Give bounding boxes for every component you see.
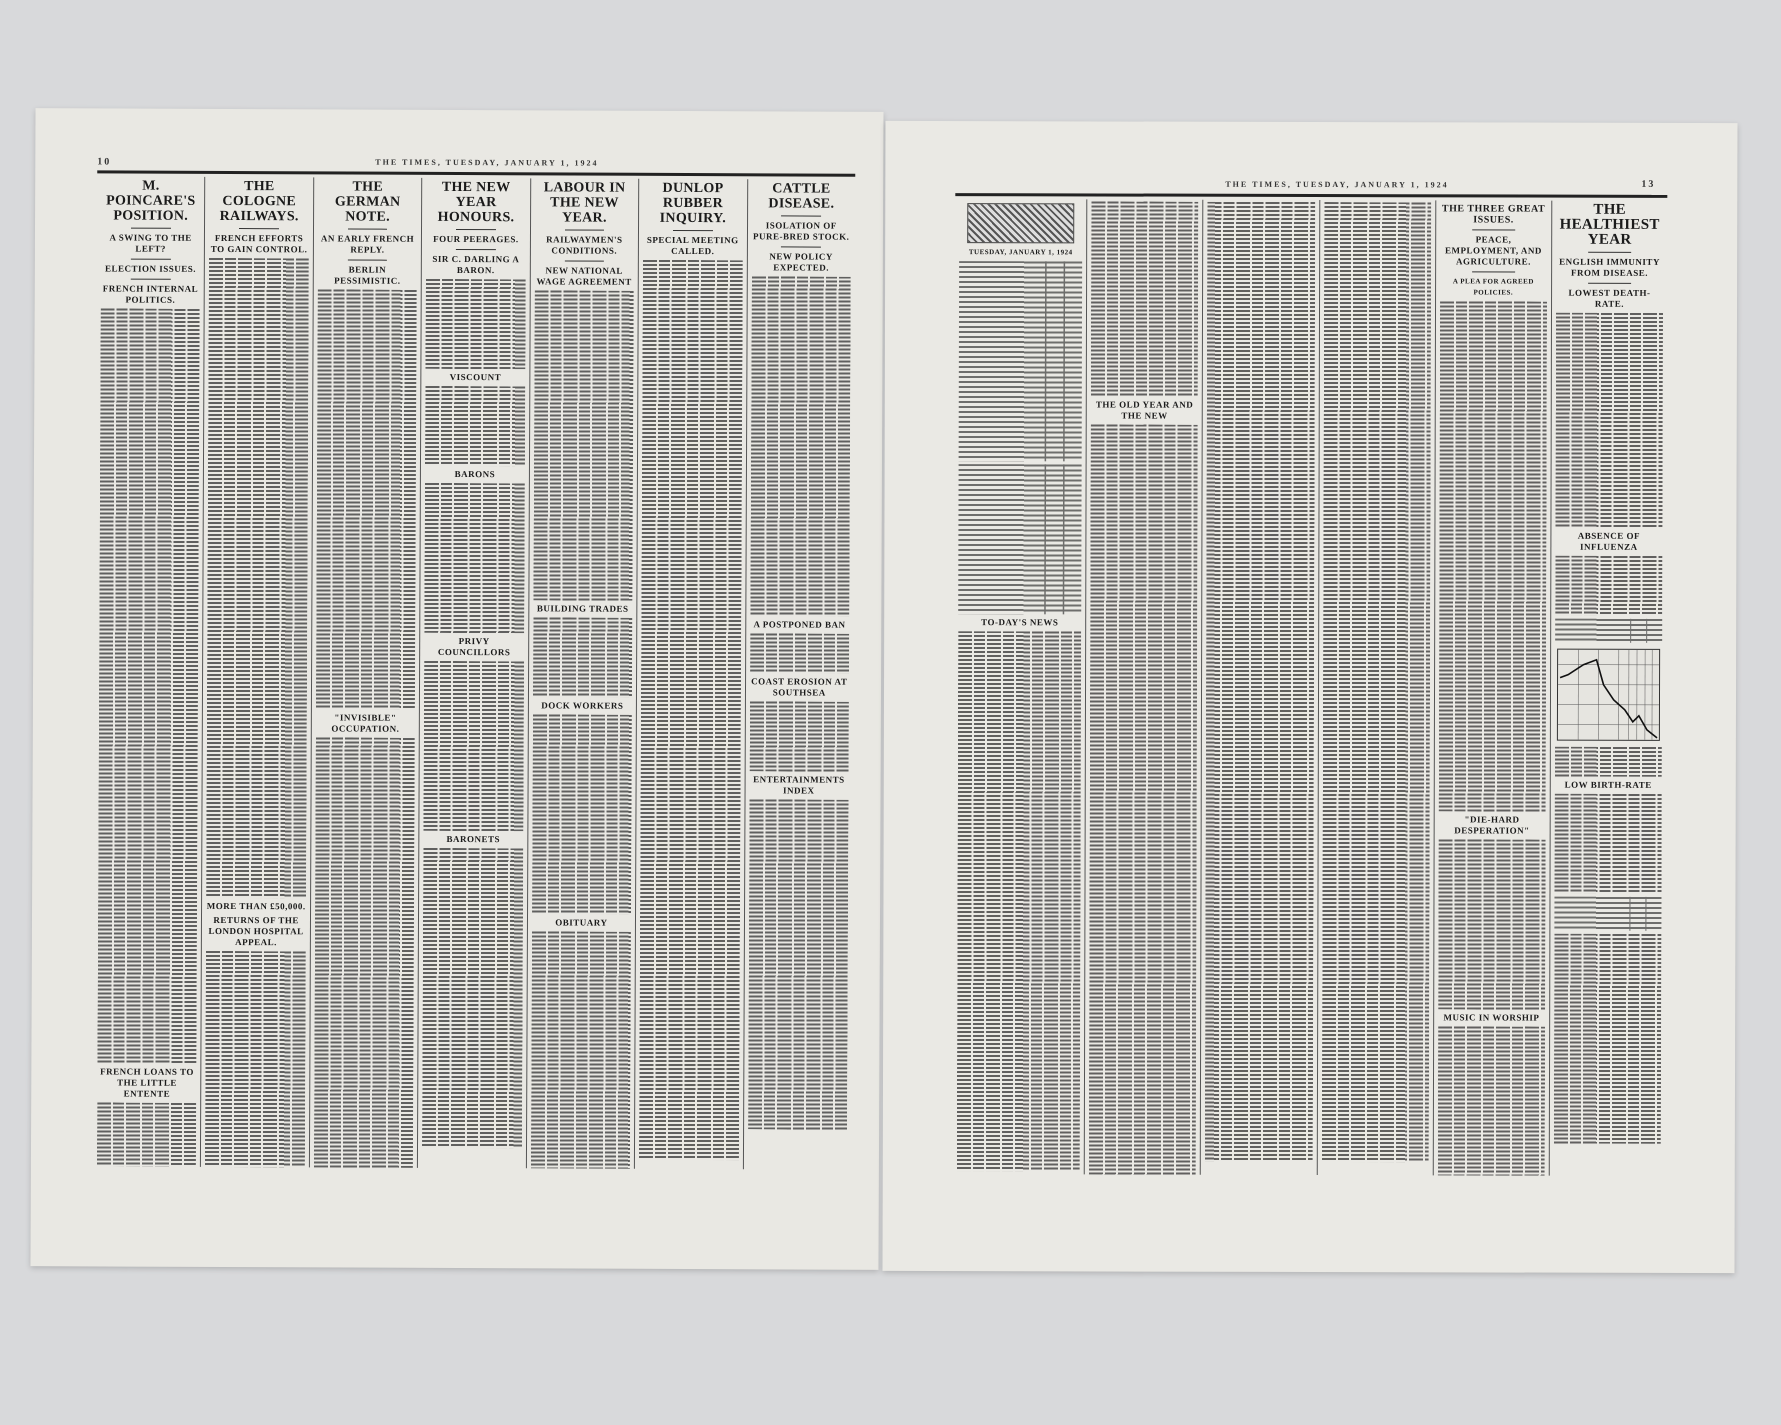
headline: M. POINCARE'S POSITION. <box>101 178 201 223</box>
subhead: NEW NATIONAL WAGE AGREEMENT <box>534 265 634 287</box>
right-columns: TUESDAY, JANUARY 1, 1924 TO-DAY'S NEWS T… <box>953 199 1668 1176</box>
body-text <box>1438 839 1546 1009</box>
body-text <box>533 617 633 697</box>
subhead: FRENCH EFFORTS TO GAIN CONTROL. <box>209 233 309 255</box>
body-text <box>1554 934 1662 1144</box>
subhead: FRENCH INTERNAL POLITICS. <box>101 283 201 305</box>
subhead: PEACE, EMPLOYMENT, AND AGRICULTURE. <box>1440 234 1547 267</box>
subhead: ENGLISH IMMUNITY FROM DISEASE. <box>1556 257 1663 279</box>
headline: THE COLOGNE RAILWAYS. <box>209 179 309 224</box>
subhead: PRIVY COUNCILLORS <box>424 636 524 658</box>
article-new-year-honours: THE NEW YEAR HONOURS. FOUR PEERAGES. SIR… <box>418 178 531 1168</box>
article-healthiest-year: THE HEALTHIEST YEAR ENGLISH IMMUNITY FRO… <box>1550 201 1668 1176</box>
body-text <box>1555 556 1662 616</box>
body-text <box>1555 313 1663 528</box>
body-text <box>426 279 526 369</box>
contents-table <box>958 464 1082 614</box>
data-table <box>1554 897 1661 931</box>
body-text <box>1437 1026 1545 1175</box>
right-newspaper-page: THE TIMES, TUESDAY, JANUARY 1, 1924 13 T… <box>882 121 1737 1273</box>
leader-column-1: THE OLD YEAR AND THE NEW <box>1085 199 1204 1174</box>
top-rule <box>97 170 855 176</box>
body-text <box>1321 202 1431 1162</box>
headline: CATTLE DISEASE. <box>752 181 852 211</box>
top-rule <box>955 193 1667 198</box>
date-line: TUESDAY, JANUARY 1, 1924 <box>959 247 1082 258</box>
body-text <box>424 661 524 831</box>
body-text <box>748 799 849 1129</box>
subhead: "INVISIBLE" OCCUPATION. <box>316 712 416 734</box>
masthead-logo <box>967 203 1074 243</box>
leader-column-3 <box>1317 200 1436 1175</box>
subhead: ELECTION ISSUES. <box>101 263 200 274</box>
subhead: VISCOUNT <box>426 372 525 383</box>
subhead: MUSIC IN WORSHIP <box>1438 1012 1545 1023</box>
todays-news-heading: TO-DAY'S NEWS <box>958 617 1081 628</box>
headline: THE THREE GREAT ISSUES. <box>1440 203 1547 225</box>
subhead: A POSTPONED BAN <box>750 619 849 630</box>
left-newspaper-page: 10 THE TIMES, TUESDAY, JANUARY 1, 1924 M… <box>30 108 883 1270</box>
body-text <box>750 633 850 673</box>
body-text <box>1554 794 1661 894</box>
body-text <box>425 483 525 633</box>
subhead: COAST EROSION AT SOUTHSEA <box>749 676 849 698</box>
body-text <box>1555 747 1662 777</box>
article-german-note: THE GERMAN NOTE. AN EARLY FRENCH REPLY. … <box>310 177 423 1167</box>
article-cologne-railways: THE COLOGNE RAILWAYS. FRENCH EFFORTS TO … <box>201 177 314 1167</box>
body-text <box>532 714 632 914</box>
subhead: SIR C. DARLING A BARON. <box>426 254 526 276</box>
masthead: THE TIMES, TUESDAY, JANUARY 1, 1924 <box>1225 180 1448 190</box>
subhead: THE OLD YEAR AND THE NEW <box>1091 399 1198 421</box>
body-text <box>205 951 305 1167</box>
subhead: ISOLATION OF PURE-BRED STOCK. <box>751 220 851 242</box>
subhead: FOUR PEERAGES. <box>426 234 525 245</box>
body-text <box>97 308 200 1063</box>
subhead: BUILDING TRADES <box>533 603 632 614</box>
page-number: 10 <box>97 156 111 167</box>
headline: THE NEW YEAR HONOURS. <box>426 180 526 225</box>
body-text <box>749 701 849 771</box>
article-dunlop-rubber: DUNLOP RUBBER INQUIRY. SPECIAL MEETING C… <box>635 179 748 1169</box>
index-column: TUESDAY, JANUARY 1, 1924 TO-DAY'S NEWS <box>953 199 1088 1174</box>
subhead: ABSENCE OF INFLUENZA <box>1555 531 1662 553</box>
subhead: NEW POLICY EXPECTED. <box>751 251 851 273</box>
subhead: "DIE-HARD DESPERATION" <box>1438 814 1545 836</box>
leader-column-2 <box>1201 200 1320 1175</box>
body-text <box>422 848 523 1148</box>
headline: LABOUR IN THE NEW YEAR. <box>535 180 635 225</box>
headline: DUNLOP RUBBER INQUIRY. <box>643 181 743 226</box>
subhead: RAILWAYMEN'S CONDITIONS. <box>535 234 635 256</box>
article-poincare: M. POINCARE'S POSITION. A SWING TO THE L… <box>93 176 206 1166</box>
article-cattle-disease: CATTLE DISEASE. ISOLATION OF PURE-BRED S… <box>743 179 855 1169</box>
subhead: LOW BIRTH-RATE <box>1555 780 1662 791</box>
body-text <box>97 1102 197 1166</box>
body-text <box>1089 424 1198 1174</box>
article-three-great-issues: THE THREE GREAT ISSUES. PEACE, EMPLOYMEN… <box>1433 200 1552 1175</box>
subhead: OBITUARY <box>532 917 631 928</box>
body-text <box>1205 202 1315 1162</box>
subhead: A PLEA FOR AGREED POLICIES. <box>1440 276 1547 298</box>
subhead: MORE THAN £50,000. <box>206 901 305 912</box>
body-text <box>1091 201 1199 396</box>
subhead: LOWEST DEATH-RATE. <box>1556 288 1663 310</box>
body-text <box>1438 301 1546 811</box>
body-text <box>750 276 851 616</box>
masthead: THE TIMES, TUESDAY, JANUARY 1, 1924 <box>375 158 598 168</box>
body-text <box>316 289 417 709</box>
body-text <box>314 737 415 1167</box>
headline: THE HEALTHIEST YEAR <box>1556 203 1663 248</box>
death-rate-graph <box>1557 649 1660 741</box>
contents-table <box>959 261 1083 461</box>
headline: THE GERMAN NOTE. <box>318 179 418 224</box>
subhead: ENTERTAINMENTS INDEX <box>749 774 849 796</box>
page-number: 13 <box>1641 179 1655 190</box>
body-text <box>957 631 1082 1171</box>
subhead: BARONS <box>425 469 524 480</box>
subhead: FRENCH LOANS TO THE LITTLE ENTENTE <box>97 1066 197 1099</box>
subhead: DOCK WORKERS <box>533 700 632 711</box>
subhead: AN EARLY FRENCH REPLY. <box>318 233 418 255</box>
body-text <box>530 931 631 1168</box>
subhead: A SWING TO THE LEFT? <box>101 232 201 254</box>
body-text <box>639 260 742 1160</box>
left-columns: M. POINCARE'S POSITION. A SWING TO THE L… <box>93 176 855 1169</box>
body-text <box>425 386 525 466</box>
body-text <box>533 290 634 600</box>
article-labour-new-year: LABOUR IN THE NEW YEAR. RAILWAYMEN'S CON… <box>527 178 640 1168</box>
body-text <box>207 258 309 898</box>
subhead: SPECIAL MEETING CALLED. <box>643 235 743 257</box>
subhead: BARONETS <box>424 834 523 845</box>
subhead: BERLIN PESSIMISTIC. <box>318 264 418 286</box>
data-table <box>1555 619 1662 643</box>
subhead: RETURNS OF THE LONDON HOSPITAL APPEAL. <box>206 915 306 948</box>
